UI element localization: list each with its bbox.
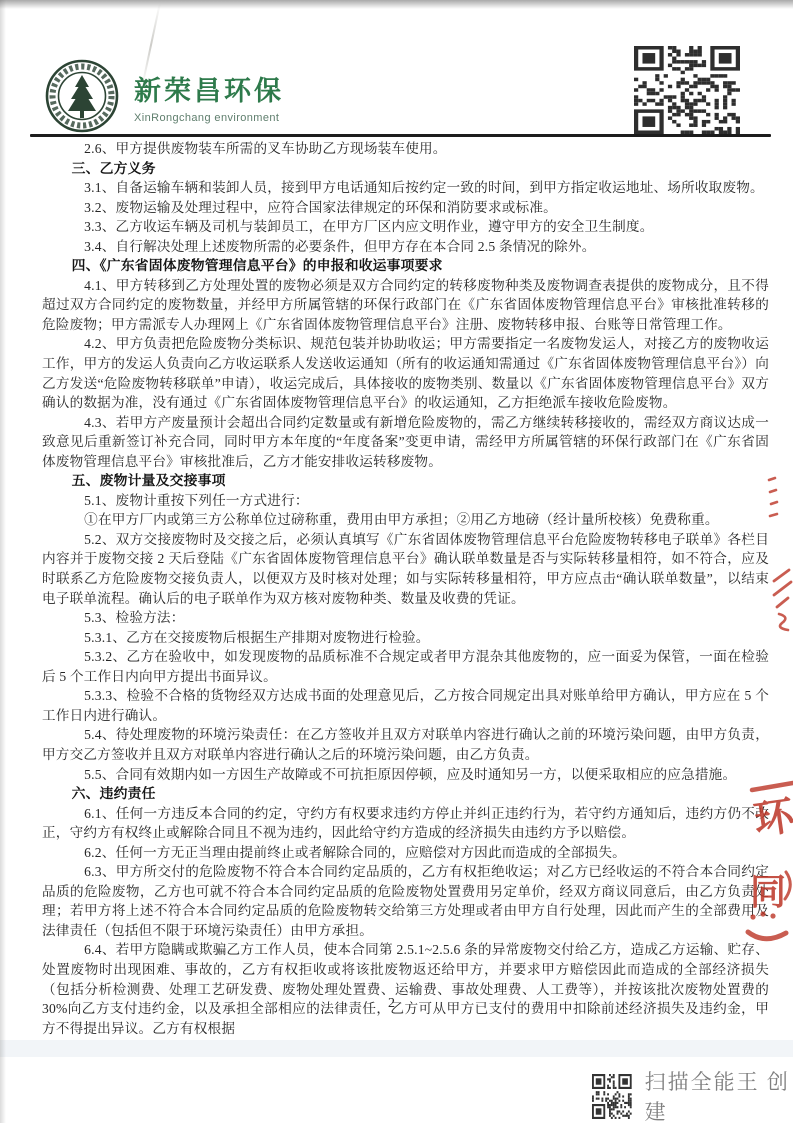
scan-artifact-band xyxy=(0,1040,793,1057)
letterhead: 新荣昌环保 XinRongchang environment xyxy=(44,58,753,134)
contract-clause: 3.2、废物运输及处理过程中，应符合国家法律规定的环保和消防要求或标准。 xyxy=(42,198,769,218)
contract-clause: 4.2、甲方负责把危险废物分类标识、规范包装并协助收运；甲方需要指定一名废物发运… xyxy=(42,334,769,412)
contract-clause: 3.3、乙方收运车辆及司机与装卸员工，在甲方厂区内应文明作业，遵守甲方的安全卫生… xyxy=(42,217,769,237)
brand-name: 新荣昌环保 xyxy=(134,69,284,108)
section-heading: 五、废物计量及交接事项 xyxy=(42,471,769,491)
contract-clause: 5.1、废物计重按下列任一方式进行： xyxy=(42,491,769,511)
qr-code xyxy=(592,1074,632,1119)
contract-clause: 5.3.3、检验不合格的货物经双方达成书面的处理意见后，乙方按合同规定出具对账单… xyxy=(42,686,769,725)
contract-clause: 6.4、若甲方隐瞒或欺骗乙方工作人员，使本合同第 2.5.1~2.5.6 条的异… xyxy=(42,940,769,1038)
scanned-contract-page: 新荣昌环保 XinRongchang environment 2.6、甲方提供废… xyxy=(0,0,793,1123)
contract-clause: ①在甲方厂内或第三方公称单位过磅称重，费用由甲方承担；②用乙方地磅（经计量所校核… xyxy=(42,510,769,530)
contract-clause: 5.4、待处理废物的环境污染责任：在乙方签收并且双方对联单内容进行确认之前的环境… xyxy=(42,725,769,764)
contract-clause: 6.2、任何一方无正当理由提前终止或者解除合同的，应赔偿对方因此而造成的全部损失… xyxy=(42,843,769,863)
contract-clause: 2.6、甲方提供废物装车所需的叉车协助乙方现场装车使用。 xyxy=(42,139,769,159)
contract-body: 2.6、甲方提供废物装车所需的叉车协助乙方现场装车使用。三、乙方义务3.1、自备… xyxy=(42,139,769,1038)
page-number: 2 xyxy=(0,996,783,1012)
section-heading: 六、违约责任 xyxy=(42,784,769,804)
contract-clause: 6.1、任何一方违反本合同的约定，守约方有权要求违约方停止并纠正违约行为，若守约… xyxy=(42,804,769,843)
section-heading: 四、《广东省固体废物管理信息平台》的申报和收运事项要求 xyxy=(42,256,769,276)
section-heading: 三、乙方义务 xyxy=(42,159,769,179)
watermark-text: 扫描全能王 创建 xyxy=(645,1066,793,1123)
contract-clause: 4.1、甲方转移到乙方处理处置的废物必须是双方合同约定的转移废物种类及废物调查表… xyxy=(42,276,769,335)
contract-clause: 6.3、甲方所交付的危险废物不符合本合同约定品质的，乙方有权拒绝收运；对乙方已经… xyxy=(42,862,769,940)
contract-clause: 5.3.2、乙方在验收中，如发现废物的品质标准不合规定或者甲方混杂其他废物的，应… xyxy=(42,647,769,686)
brand-subtitle: XinRongchang environment xyxy=(134,112,284,124)
contract-clause: 3.1、自备运输车辆和装卸人员，接到甲方电话通知后按约定一致的时间，到甲方指定收… xyxy=(42,178,769,198)
contract-clause: 5.2、双方交接废物时及交接之后，必须认真填写《广东省固体废物管理信息平台危险废… xyxy=(42,530,769,608)
contract-clause: 5.5、合同有效期内如一方因生产故障或不可抗拒原因停顿，应及时通知另一方，以便采… xyxy=(42,765,769,785)
contract-clause: 5.3、检验方法： xyxy=(42,608,769,628)
camscanner-watermark: 扫描全能王 创建 xyxy=(592,1066,793,1123)
tree-emblem-icon xyxy=(44,58,120,134)
brand-text-block: 新荣昌环保 XinRongchang environment xyxy=(134,69,284,124)
contract-clause: 3.4、自行解决处理上述废物所需的必要条件，但甲方存在本合同 2.5 条情况的除… xyxy=(42,237,769,257)
contract-clause: 4.3、若甲方产废量预计会超出合同约定数量或有新增危险废物的，需乙方继续转移接收… xyxy=(42,413,769,472)
contract-clause: 5.3.1、乙方在交接废物后根据生产排期对废物进行检验。 xyxy=(42,628,769,648)
qr-code xyxy=(634,46,740,134)
header-divider xyxy=(30,134,771,137)
